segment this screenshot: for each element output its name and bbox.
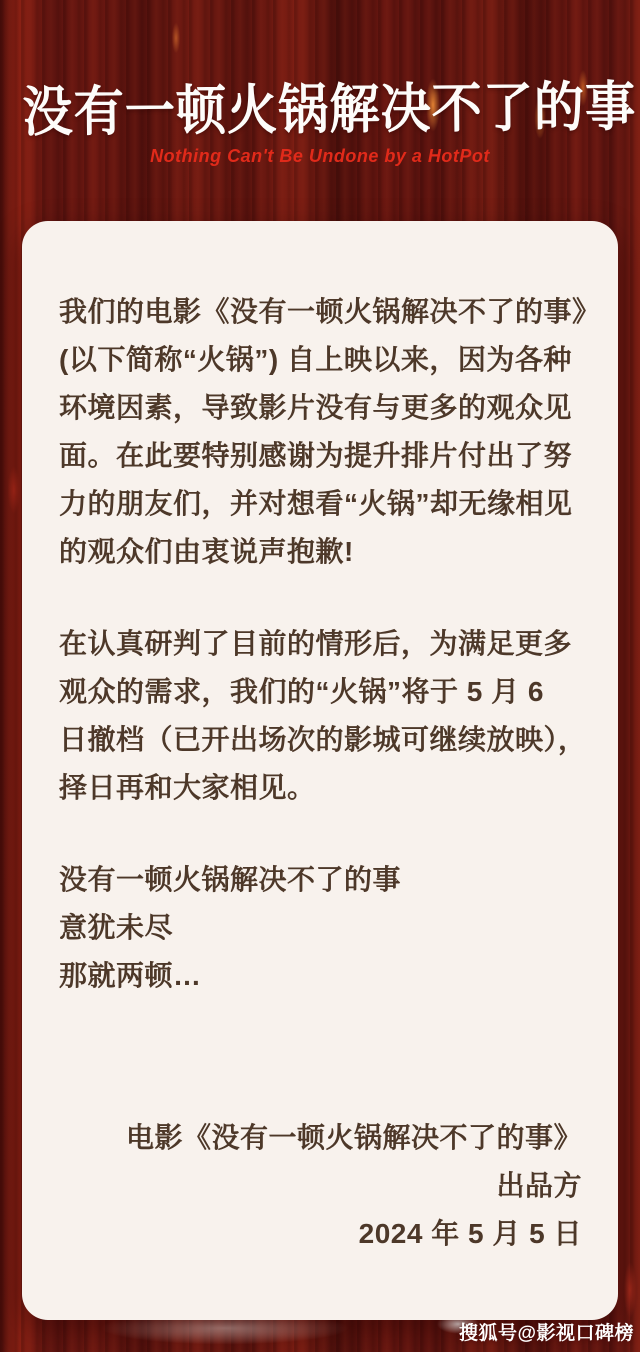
paragraph-line: 观众的需求，我们的“火锅”将于 5 月 6: [59, 668, 600, 716]
movie-title-english: Nothing Can't Be Undone by a HotPot: [0, 146, 640, 166]
signature-film-title: 电影《没有一顿火锅解决不了的事》: [59, 1114, 582, 1162]
paragraph-line: 的观众们由衷说声抱歉!: [59, 528, 600, 576]
paragraph-line: 力的朋友们，并对想看“火锅”却无缘相见: [59, 480, 600, 528]
paragraph-line: 面。在此要特别感谢为提升排片付出了努: [59, 432, 600, 480]
signature-producer: 出品方: [59, 1162, 582, 1210]
paragraph-withdrawal-notice: 在认真研判了目前的情形后，为满足更多 观众的需求，我们的“火锅”将于 5 月 6…: [59, 620, 600, 812]
paragraph-line: 在认真研判了目前的情形后，为满足更多: [59, 620, 600, 668]
paragraph-line: 意犹未尽: [59, 904, 600, 952]
paragraph-apology: 我们的电影《没有一顿火锅解决不了的事》 (以下简称“火锅”) 自上映以来，因为各…: [59, 288, 600, 576]
poster-header: 没有一顿火锅解决不了的事 Nothing Can't Be Undone by …: [0, 76, 640, 166]
paragraph-line: (以下简称“火锅”) 自上映以来，因为各种: [59, 336, 600, 384]
paragraph-line: 没有一顿火锅解决不了的事: [59, 856, 600, 904]
paragraph-line: 环境因素，导致影片没有与更多的观众见: [59, 384, 600, 432]
sohu-watermark: 搜狐号@影视口碑榜: [459, 1322, 634, 1346]
poster-background: 没有一顿火锅解决不了的事 Nothing Can't Be Undone by …: [0, 0, 640, 1352]
announcement-card: 我们的电影《没有一顿火锅解决不了的事》 (以下简称“火锅”) 自上映以来，因为各…: [22, 221, 618, 1320]
paragraph-line: 我们的电影《没有一顿火锅解决不了的事》: [59, 288, 600, 336]
paragraph-line: 日撤档（已开出场次的影城可继续放映），: [59, 716, 600, 764]
paragraph-line: 择日再和大家相见。: [59, 764, 600, 812]
signature-block: 电影《没有一顿火锅解决不了的事》 出品方 2024 年 5 月 5 日: [59, 1114, 600, 1258]
movie-title-chinese: 没有一顿火锅解决不了的事: [22, 73, 618, 147]
paragraph-line: 那就两顿…: [59, 952, 600, 1000]
signature-date: 2024 年 5 月 5 日: [59, 1210, 582, 1258]
paragraph-closing-tagline: 没有一顿火锅解决不了的事 意犹未尽 那就两顿…: [59, 856, 600, 1000]
